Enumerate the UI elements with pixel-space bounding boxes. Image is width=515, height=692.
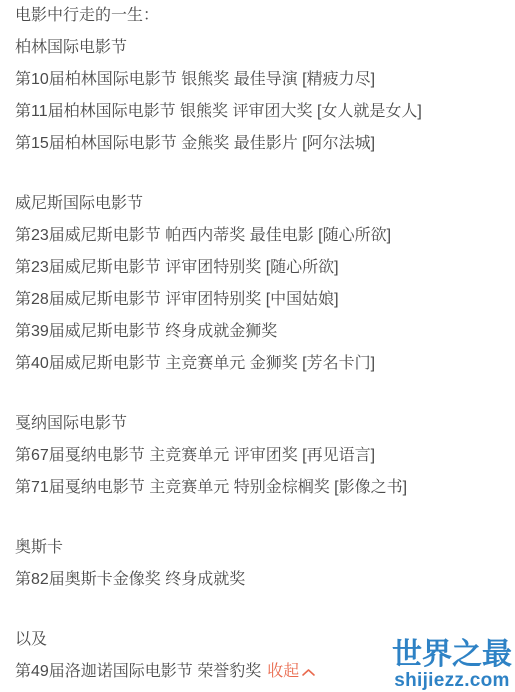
award-line: 第28届威尼斯电影节 评审团特别奖 [中国姑娘]: [15, 284, 505, 316]
text-line: 电影中行走的一生：: [15, 0, 505, 32]
award-line: 第11届柏林国际电影节 银熊奖 评审团大奖 [女人就是女人]: [15, 96, 505, 128]
collapse-link[interactable]: 收起: [267, 656, 316, 688]
festival-heading-venice: 威尼斯国际电影节: [15, 188, 505, 220]
paragraph-cannes: 戛纳国际电影节 第67届戛纳电影节 主竞赛单元 评审团奖 [再见语言] 第71届…: [15, 408, 505, 504]
award-line: 第23届威尼斯电影节 帕西内蒂奖 最佳电影 [随心所欲]: [15, 220, 505, 252]
award-line: 第10届柏林国际电影节 银熊奖 最佳导演 [精疲力尽]: [15, 64, 505, 96]
festival-heading-cannes: 戛纳国际电影节: [15, 408, 505, 440]
chevron-up-icon: [301, 656, 316, 688]
award-line: 第49届洛迦诺国际电影节 荣誉豹奖: [15, 663, 261, 680]
watermark-domain: shijiezz.com: [392, 671, 512, 690]
festival-heading-oscar: 奥斯卡: [15, 532, 505, 564]
collapse-label: 收起: [267, 656, 299, 688]
award-line: 第67届戛纳电影节 主竞赛单元 评审团奖 [再见语言]: [15, 440, 505, 472]
award-line: 第15届柏林国际电影节 金熊奖 最佳影片 [阿尔法城]: [15, 128, 505, 160]
festival-heading-berlin: 柏林国际电影节: [15, 32, 505, 64]
paragraph-oscar: 奥斯卡 第82届奥斯卡金像奖 终身成就奖: [15, 532, 505, 596]
award-line: 第40届威尼斯电影节 主竞赛单元 金狮奖 [芳名卡门]: [15, 348, 505, 380]
site-watermark: 世界之最 shijiezz.com: [392, 639, 512, 691]
award-line: 第39届威尼斯电影节 终身成就金狮奖: [15, 316, 505, 348]
watermark-title: 世界之最: [392, 639, 512, 671]
award-line: 第71届戛纳电影节 主竞赛单元 特别金棕榈奖 [影像之书]: [15, 472, 505, 504]
paragraph-venice: 威尼斯国际电影节 第23届威尼斯电影节 帕西内蒂奖 最佳电影 [随心所欲] 第2…: [15, 188, 505, 380]
award-line: 第23届威尼斯电影节 评审团特别奖 [随心所欲]: [15, 252, 505, 284]
paragraph-intro-berlin: 电影中行走的一生： 柏林国际电影节 第10届柏林国际电影节 银熊奖 最佳导演 […: [15, 0, 505, 160]
award-line: 第82届奥斯卡金像奖 终身成就奖: [15, 564, 505, 596]
article-body: 电影中行走的一生： 柏林国际电影节 第10届柏林国际电影节 银熊奖 最佳导演 […: [0, 0, 515, 688]
